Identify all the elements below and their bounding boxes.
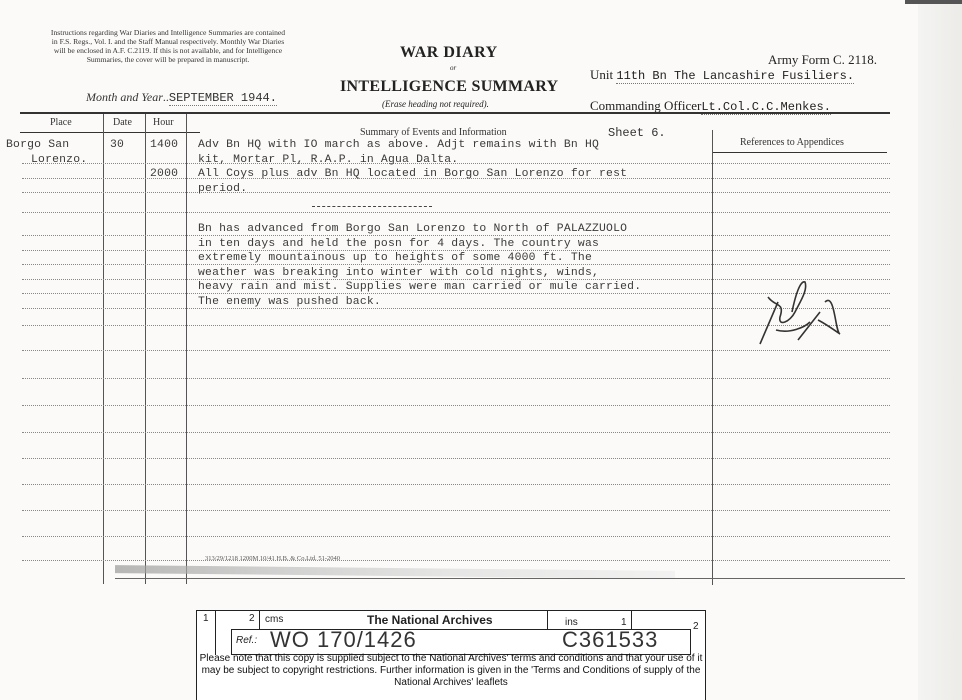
scan-smudge bbox=[115, 565, 675, 579]
column-divider-date bbox=[145, 114, 146, 584]
text-line: in ten days and held the posn for 4 days… bbox=[198, 237, 641, 252]
column-divider-hour bbox=[186, 114, 187, 584]
ruled-line bbox=[22, 510, 890, 511]
title-or: or bbox=[450, 64, 456, 72]
text-line: All Coys plus adv Bn HQ located in Borgo… bbox=[198, 167, 627, 182]
cms-tick-2: 2 bbox=[249, 613, 255, 624]
text-line: Adv Bn HQ with IO march as above. Adjt r… bbox=[198, 138, 627, 153]
national-archives-stamp: 1 2 cms The National Archives ins 1 2 Re… bbox=[196, 610, 706, 700]
header-rule bbox=[20, 112, 890, 114]
cms-label: cms bbox=[265, 614, 283, 625]
signature-icon bbox=[750, 272, 850, 352]
column-divider-place bbox=[103, 114, 104, 584]
reference-box: Ref.: WO 170/1426 C361533 bbox=[231, 629, 691, 655]
ruled-line bbox=[22, 212, 890, 213]
ruled-line bbox=[22, 458, 890, 459]
archives-name: The National Archives bbox=[367, 613, 493, 627]
column-header-hour: Hour bbox=[153, 117, 174, 128]
entry-hour-1400: 1400 bbox=[150, 138, 178, 153]
page-edge-shadow bbox=[918, 0, 962, 700]
column-header-rule-left bbox=[20, 132, 200, 133]
print-code: 313/29/1218 1200M 10/41 H.B. & Co.Ltd. 5… bbox=[205, 555, 340, 562]
month-year-value: SEPTEMBER 1944. bbox=[169, 91, 277, 106]
ruler-tick bbox=[259, 611, 260, 629]
ruled-line bbox=[22, 484, 890, 485]
text-line: Bn has advanced from Borgo San Lorenzo t… bbox=[198, 222, 641, 237]
co-label: Commanding Officer bbox=[590, 98, 701, 113]
month-year: Month and Year..SEPTEMBER 1944. bbox=[86, 90, 277, 105]
column-header-place: Place bbox=[50, 117, 72, 128]
text-line: kit, Mortar Pl, R.A.P. in Agua Dalta. bbox=[198, 153, 627, 168]
text-line: The enemy was pushed back. bbox=[198, 295, 641, 310]
column-header-rule-right bbox=[712, 152, 887, 153]
army-form-number: Army Form C. 2118. bbox=[768, 52, 877, 68]
text-line: period. bbox=[198, 182, 627, 197]
entry-place: Borgo San Lorenzo. bbox=[6, 138, 87, 167]
scan-edge bbox=[905, 0, 962, 4]
title-war-diary: WAR DIARY bbox=[400, 44, 498, 62]
entry-hour-2000: 2000 bbox=[150, 167, 178, 182]
ruled-line bbox=[22, 405, 890, 406]
instructions-text: Instructions regarding War Diaries and I… bbox=[48, 28, 288, 64]
column-divider-references bbox=[712, 130, 713, 585]
month-year-label: Month and Year bbox=[86, 90, 163, 104]
column-header-references: References to Appendices bbox=[740, 137, 844, 148]
unit-value: 11th Bn The Lancashire Fusiliers. bbox=[616, 69, 854, 84]
entry-1400-text: Adv Bn HQ with IO march as above. Adjt r… bbox=[198, 138, 627, 196]
summary-paragraph: Bn has advanced from Borgo San Lorenzo t… bbox=[198, 222, 641, 309]
unit-field: Unit 11th Bn The Lancashire Fusiliers. bbox=[590, 67, 854, 83]
ruled-line bbox=[22, 432, 890, 433]
text-line: extremely mountainous up to heights of s… bbox=[198, 251, 641, 266]
cms-tick-1: 1 bbox=[203, 613, 209, 624]
column-header-summary: Summary of Events and Information bbox=[360, 127, 507, 138]
bottom-rule bbox=[115, 578, 905, 579]
title-note: (Erase heading not required). bbox=[382, 99, 489, 109]
entry-date: 30 bbox=[110, 138, 124, 153]
ref-label: Ref.: bbox=[236, 635, 257, 646]
text-line: weather was breaking into winter with co… bbox=[198, 266, 641, 281]
ref-value: WO 170/1426 bbox=[270, 627, 417, 653]
ruled-line bbox=[22, 378, 890, 379]
ruler-tick bbox=[215, 611, 216, 655]
title-intelligence-summary: INTELLIGENCE SUMMARY bbox=[340, 78, 558, 96]
copyright-notice: Please note that this copy is supplied s… bbox=[197, 653, 705, 689]
text-line: heavy rain and mist. Supplies were man c… bbox=[198, 280, 641, 295]
ruled-line bbox=[22, 560, 890, 561]
ruler-tick bbox=[547, 611, 548, 629]
unit-label: Unit bbox=[590, 67, 613, 82]
ins-tick-2: 2 bbox=[693, 621, 699, 632]
column-header-date: Date bbox=[113, 117, 132, 128]
ruled-line bbox=[22, 536, 890, 537]
place-line-2: Lorenzo. bbox=[6, 153, 87, 168]
entry-separator bbox=[312, 206, 432, 207]
ref-code: C361533 bbox=[562, 627, 658, 653]
place-line-1: Borgo San bbox=[6, 138, 87, 153]
